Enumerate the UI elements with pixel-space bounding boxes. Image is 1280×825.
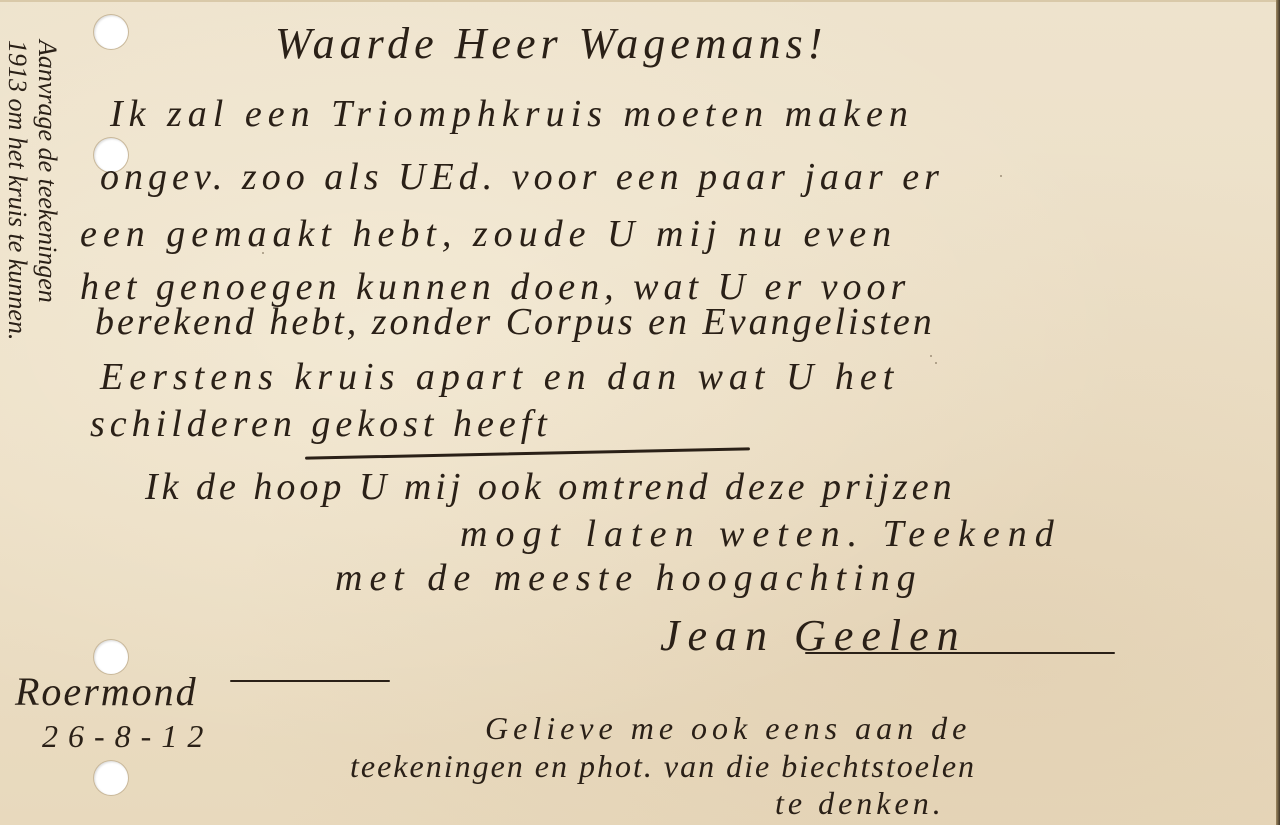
salutation: Waarde Heer Wagemans! <box>275 18 827 69</box>
signature-underline <box>805 652 1115 654</box>
paper-speck <box>930 355 932 357</box>
date: 26-8-12 <box>42 718 213 755</box>
body-line-1: Ik zal een Triomphkruis moeten maken <box>110 92 914 136</box>
postscript-line-1: Gelieve me ook eens aan de <box>485 710 971 747</box>
paper-speck <box>248 115 250 117</box>
margin-note-line-2: 1913 om het kruis te kunnen. <box>2 40 32 340</box>
body-line-7: schilderen gekost heeft <box>90 402 552 446</box>
paper-speck <box>255 245 257 247</box>
body-line-6: Eerstens kruis apart en dan wat U het <box>100 355 899 399</box>
body-line-5: berekend hebt, zonder Corpus en Evangeli… <box>95 300 935 344</box>
postscript-line-2: teekeningen en phot. van die biechtstoel… <box>350 748 976 785</box>
place-flourish <box>230 680 390 682</box>
body-line-2: ongev. zoo als UEd. voor een paar jaar e… <box>100 155 944 199</box>
body-line-3: een gemaakt hebt, zoude U mij nu even <box>80 212 897 256</box>
paper-speck <box>262 252 264 254</box>
paper-speck <box>1000 175 1002 177</box>
postscript-line-3: te denken. <box>775 785 945 822</box>
punch-hole-4 <box>94 761 128 795</box>
paper-top-edge <box>0 0 1280 2</box>
place: Roermond <box>15 668 198 715</box>
margin-note-line-1: Aanvrage de teekeningen <box>32 40 62 303</box>
closing-line-3: met de meeste hoogachting <box>335 556 923 600</box>
paper-right-edge <box>1276 0 1280 825</box>
punch-hole-1 <box>94 15 128 49</box>
paper-speck <box>935 362 937 364</box>
closing-line-1: Ik de hoop U mij ook omtrend deze prijze… <box>145 465 956 509</box>
closing-line-2: mogt laten weten. Teekend <box>460 512 1062 556</box>
